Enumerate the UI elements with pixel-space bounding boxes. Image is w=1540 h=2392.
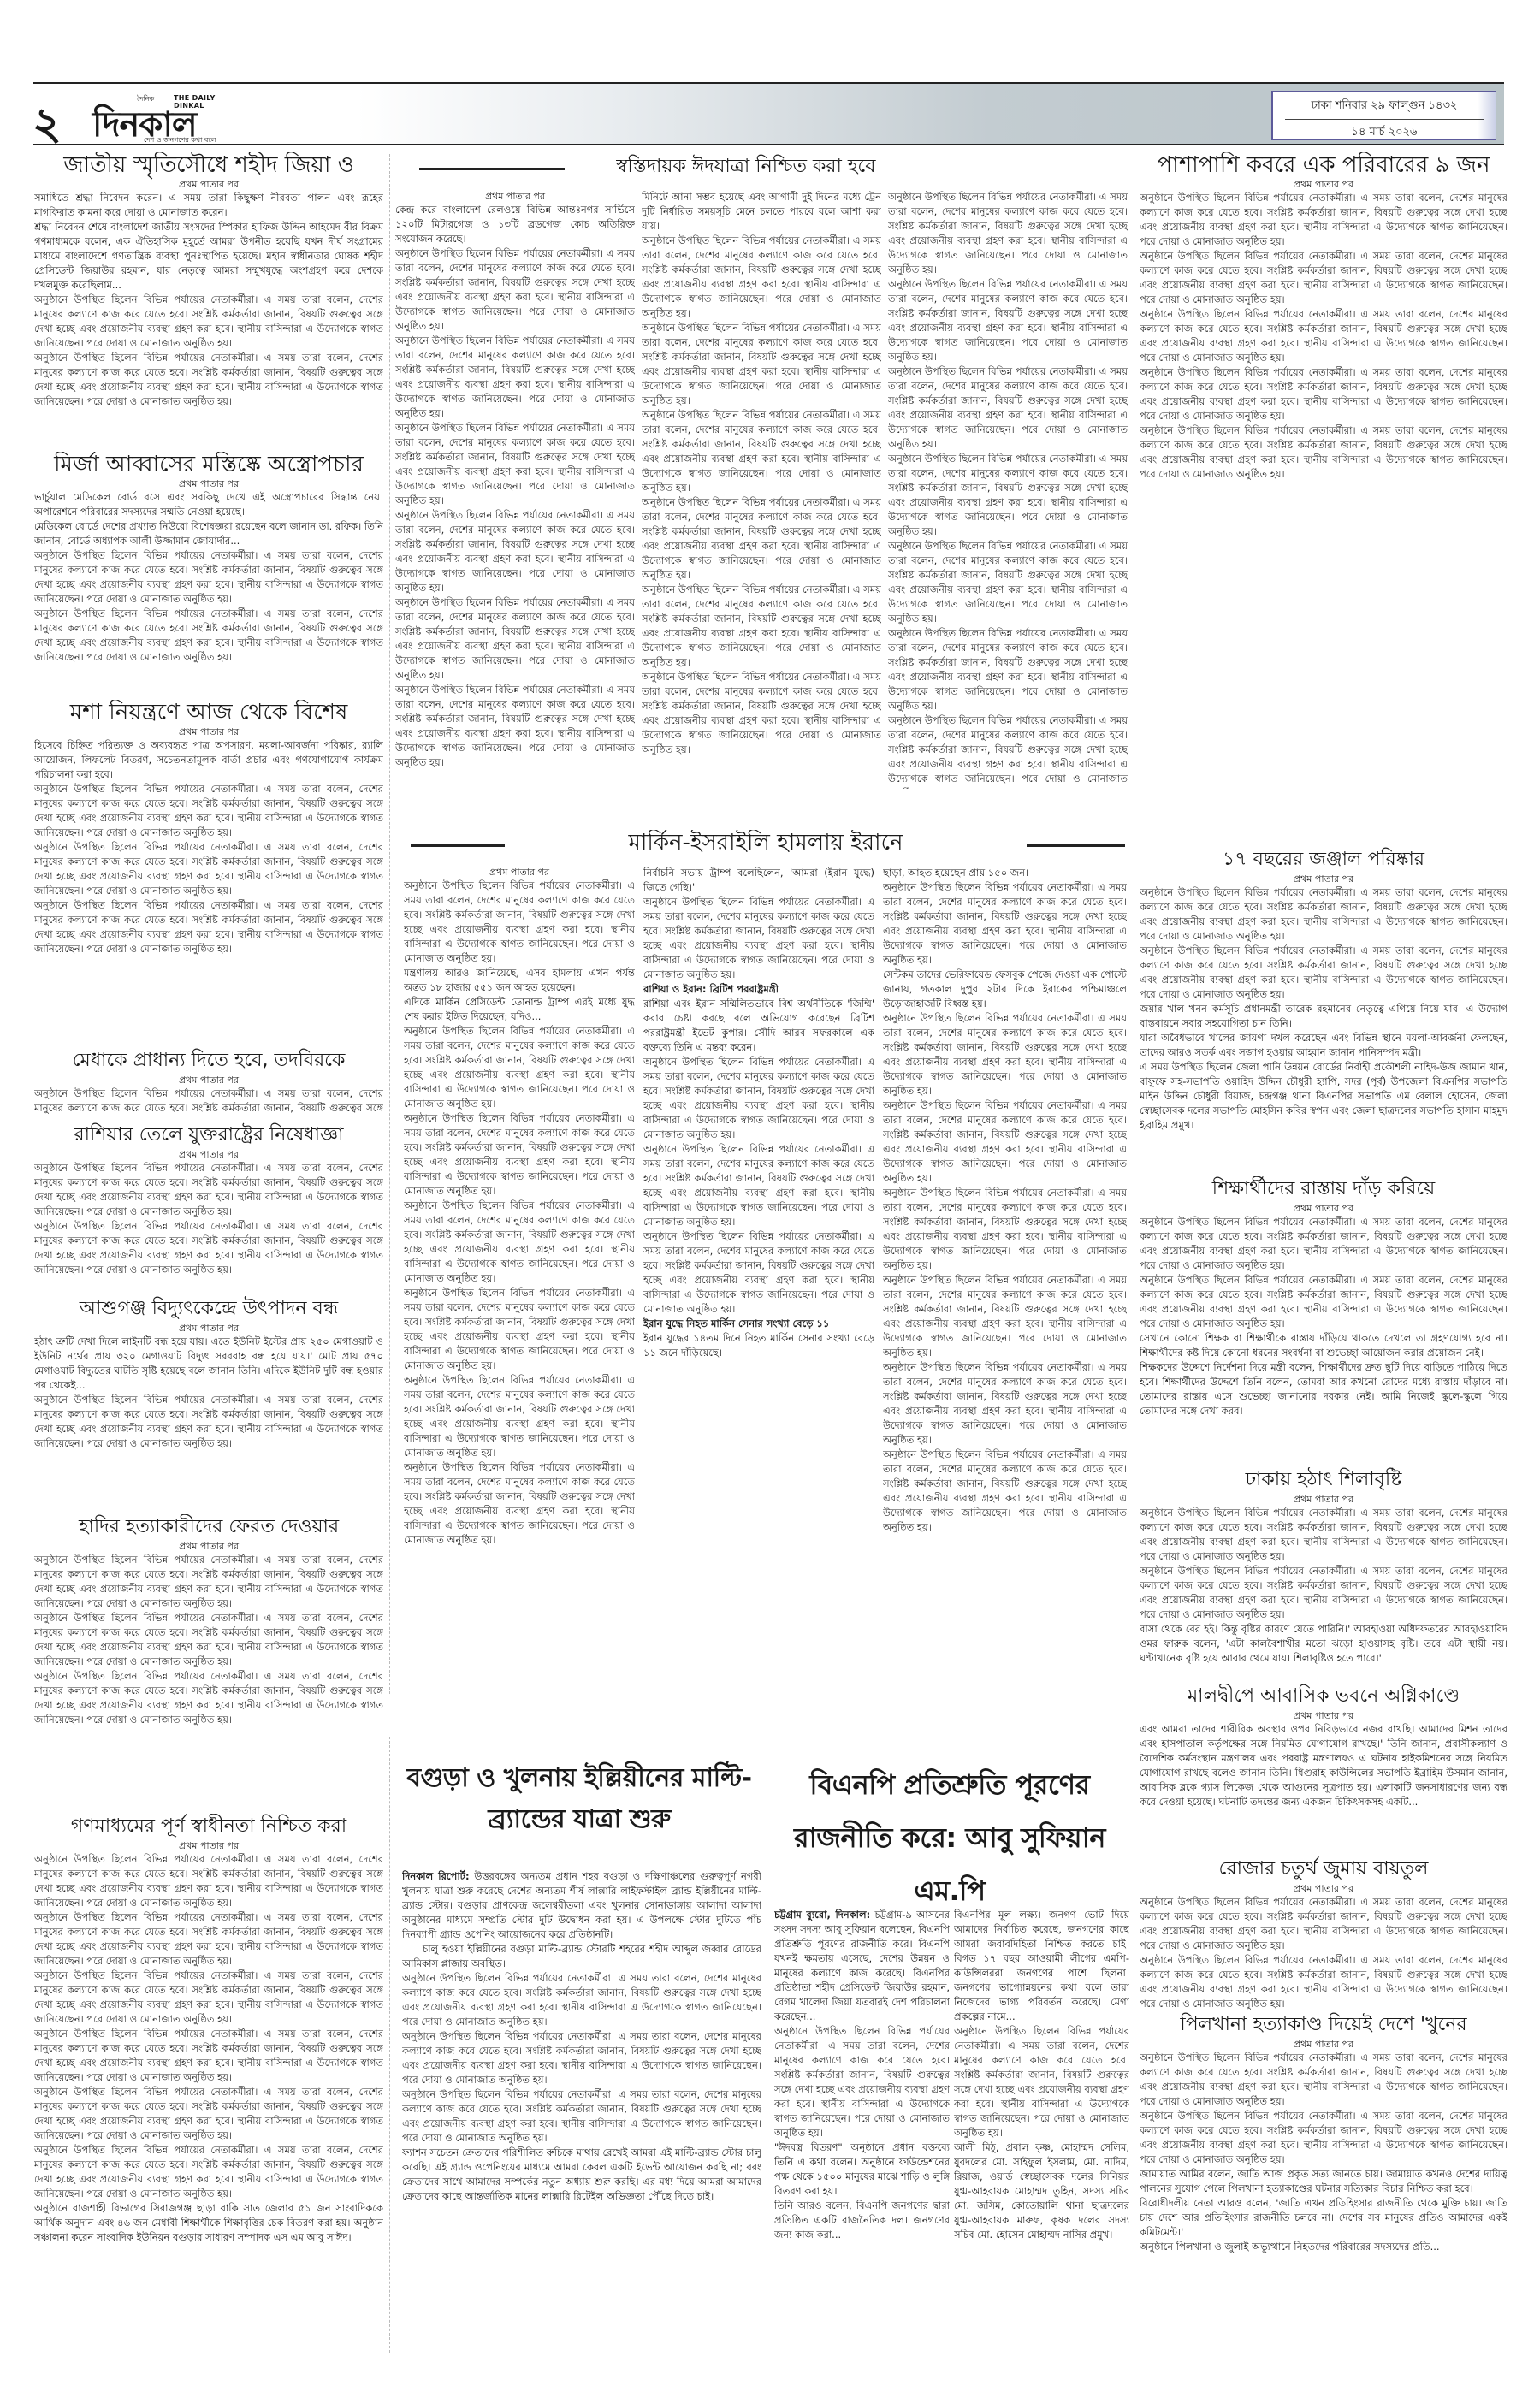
- headline: পাশাপাশি কবরে এক পরিবারের ৯ জন: [1140, 152, 1507, 178]
- article-paragraph: অনুষ্ঠানে উপস্থিত ছিলেন বিভিন্ন পর্যায়ে…: [404, 1460, 635, 1548]
- article-paragraph: অনুষ্ঠানে পিলখানা ও জুলাই অভ্যুত্থানে নি…: [1140, 2240, 1507, 2254]
- article-paragraph: হঠাৎ ত্রুটি দেখা দিলে লাইনটি বন্ধ হয়ে য…: [34, 1335, 383, 1393]
- logo-tagline: দেশ ও জনগণের কথা বলে: [144, 135, 216, 146]
- article-paragraph: অনুষ্ঠানে উপস্থিত ছিলেন বিভিন্ন পর্যায়ে…: [34, 1219, 383, 1277]
- article-paragraph: অনুষ্ঠানে উপস্থিত ছিলেন বিভিন্ন পর্যায়ে…: [404, 1373, 635, 1460]
- headline: জাতীয় স্মৃতিসৌধে শহীদ জিয়া ও: [34, 152, 383, 178]
- article-paragraph: তিনি আরও বলেন, বিএনপি জনগণের দ্বারা প্রত…: [774, 2199, 950, 2242]
- article-paragraph: অনুষ্ঠানে উপস্থিত ছিলেন বিভিন্ন পর্যায়ে…: [883, 1360, 1127, 1448]
- article-paragraph: অনুষ্ঠানে উপস্থিত ছিলেন বিভিন্ন পর্যায়ে…: [883, 1011, 1127, 1098]
- headline: হাদির হত্যাকারীদের ফেরত দেওয়ার: [34, 1514, 383, 1540]
- article-paragraph: অনুষ্ঠানে উপস্থিত ছিলেন বিভিন্ন পর্যায়ে…: [1140, 885, 1507, 944]
- article-paragraph: অনুষ্ঠানে উপস্থিত ছিলেন বিভিন্ন পর্যায়ে…: [774, 2024, 950, 2140]
- continued-label: প্রথম পাতার পর: [34, 178, 383, 191]
- article-paragraph: অনুষ্ঠানে উপস্থিত ছিলেন বিভিন্ন পর্যায়ে…: [643, 895, 874, 982]
- article-paragraph: অনুষ্ঠানে উপস্থিত ছিলেন বিভিন্ন পর্যায়ে…: [888, 364, 1128, 452]
- article-iran-col3: ছাড়া, আহত হয়েছেন প্রায় ১৫০ জন। অনুষ্ঠ…: [883, 866, 1127, 1726]
- subheadline: ইরান যুদ্ধে নিহত মার্কিন সেনার সংখ্যা বে…: [643, 1317, 874, 1331]
- article-paragraph: অনুষ্ঠানে উপস্থিত ছিলেন বিভিন্ন পর্যায়ে…: [643, 1229, 874, 1317]
- continued-label: প্রথম পাতার পর: [34, 477, 383, 490]
- article-paragraph: অনুষ্ঠানে উপস্থিত ছিলেন বিভিন্ন পর্যায়ে…: [395, 508, 635, 595]
- article-mirza: মির্জা আব্বাসের মস্তিষ্কে অস্ত্রোপচার প্…: [34, 452, 383, 725]
- article-paragraph: অনুষ্ঠানে উপস্থিত ছিলেন বিভিন্ন পর্যায়ে…: [395, 595, 635, 683]
- article-paragraph: এদিকে মার্কিন প্রেসিডেন্ট ডোনাল্ড ট্রাম্…: [404, 995, 635, 1024]
- article-bnp-col2: বিএনপির মূল লক্ষ্য। জনগণ ভোট দিয়ে আমাদে…: [954, 1908, 1129, 2357]
- article-paragraph: অনুষ্ঠানে উপস্থিত ছিলেন বিভিন্ন পর্যায়ে…: [34, 1086, 383, 1116]
- byline: দিনকাল রিপোর্ট:: [402, 1870, 470, 1882]
- column-divider: [389, 1737, 390, 2353]
- eid-travel-headline-wrap: স্বস্তিদায়ক ঈদযাত্রা নিশ্চিত করা হবে: [616, 154, 1095, 181]
- article-pilkhana: পিলখানা হত্যাকাণ্ড দিয়েই দেশে 'খুনের প্…: [1140, 2012, 1507, 2354]
- article-hail: ঢাকায় হঠাৎ শিলাবৃষ্টি প্রথম পাতার পর অন…: [1140, 1467, 1507, 1694]
- article-paragraph: অনুষ্ঠানে উপস্থিত ছিলেন বিভিন্ন পর্যায়ে…: [883, 880, 1127, 968]
- article-paragraph: বিরোধীদলীয় নেতা আরও বলেন, 'জাতি এখন প্র…: [1140, 2196, 1507, 2240]
- article-paragraph: সেখানে কোনো শিক্ষক বা শিক্ষার্থীকে রাস্ত…: [1140, 1331, 1507, 1360]
- article-paragraph: নির্বাচনি সভায় ট্রাম্প বলেছিলেন, 'আমরা …: [643, 866, 874, 895]
- subheadline: রাশিয়া ও ইরান: ব্রিটিশ পররাষ্ট্রমন্ত্রী: [643, 982, 874, 997]
- article-paragraph: অনুষ্ঠানে উপস্থিত ছিলেন বিভিন্ন পর্যায়ে…: [34, 293, 383, 351]
- article-paragraph: অনুষ্ঠানে উপস্থিত ছিলেন বিভিন্ন পর্যায়ে…: [883, 1186, 1127, 1273]
- article-paragraph: অনুষ্ঠানে উপস্থিত ছিলেন বিভিন্ন পর্যায়ে…: [1140, 365, 1507, 423]
- headline: মার্কিন-ইসরাইলি হামলায় ইরানে: [513, 830, 1018, 856]
- article-paragraph: অনুষ্ঠানে উপস্থিত ছিলেন বিভিন্ন পর্যায়ে…: [1140, 1215, 1507, 1273]
- article-paragraph: মন্ত্রণালয় আরও জানিয়েছে, এসব হামলায় এ…: [404, 966, 635, 995]
- article-paragraph: ইরান যুদ্ধের ১৪তম দিনে নিহত মার্কিন সেনা…: [643, 1331, 874, 1360]
- iran-headline-wrap: মার্কিন-ইসরাইলি হামলায় ইরানে: [513, 830, 1018, 859]
- article-paragraph: ফ্যাশন সচেতন ক্রেতাদের পরিশীলিত রুচিকে ম…: [402, 2146, 761, 2204]
- headline: ১৭ বছরের জঞ্জাল পরিষ্কার: [1140, 847, 1507, 873]
- article-paragraph: অনুষ্ঠানে উপস্থিত ছিলেন বিভিন্ন পর্যায়ে…: [34, 1611, 383, 1669]
- article-paragraph: অনুষ্ঠানে উপস্থিত ছিলেন বিভিন্ন পর্যায়ে…: [1140, 944, 1507, 1002]
- article-paragraph: এবং আমরা তাদের শারীরিক অবস্থার ওপর নিবিড…: [1140, 1722, 1507, 1809]
- article-paragraph: অনুষ্ঠানে উপস্থিত ছিলেন বিভিন্ন পর্যায়ে…: [404, 1111, 635, 1199]
- article-paragraph: অনুষ্ঠানে উপস্থিত ছিলেন বিভিন্ন পর্যায়ে…: [642, 495, 881, 583]
- continued-label: প্রথম পাতার পর: [1140, 873, 1507, 885]
- article-eid-travel-col2: মিনিটে আনা সম্ভব হয়েছে এবং আগামী দুই দি…: [642, 190, 881, 789]
- article-paragraph: অনুষ্ঠানে উপস্থিত ছিলেন বিভিন্ন পর্যায়ে…: [883, 1448, 1127, 1535]
- article-media-freedom: গণমাধ্যমের পূর্ণ স্বাধীনতা নিশ্চিত করা প…: [34, 1814, 383, 2353]
- article-paragraph: মিনিটে আনা সম্ভব হয়েছে এবং আগামী দুই দি…: [642, 190, 881, 234]
- headline: স্বস্তিদায়ক ঈদযাত্রা নিশ্চিত করা হবে: [616, 154, 1095, 180]
- article-eid-travel-col1: প্রথম পাতার পর কেন্দ্র করে বাংলাদেশ রেলও…: [395, 190, 635, 789]
- article-paragraph: অনুষ্ঠানে উপস্থিত ছিলেন বিভিন্ন পর্যায়ে…: [888, 190, 1128, 277]
- article-paragraph: কেন্দ্র করে বাংলাদেশ রেলওয়ে বিভিন্ন আন্…: [395, 203, 635, 246]
- article-paragraph: অনুষ্ঠানে উপস্থিত ছিলেন বিভিন্ন পর্যায়ে…: [34, 1553, 383, 1611]
- article-paragraph: অনুষ্ঠানে উপস্থিত ছিলেন বিভিন্ন পর্যায়ে…: [34, 2143, 383, 2201]
- article-paragraph: চট্টগ্রাম-৯ আসনের সংসদ সদস্য আবু সুফিয়া…: [774, 1909, 950, 2022]
- article-paragraph: অনুষ্ঠানে উপস্থিত ছিলেন বিভিন্ন পর্যায়ে…: [34, 1910, 383, 1969]
- article-paragraph: অনুষ্ঠানে উপস্থিত ছিলেন বিভিন্ন পর্যায়ে…: [1140, 307, 1507, 365]
- column-divider: [1134, 154, 1134, 2344]
- article-eid-travel-col3: অনুষ্ঠানে উপস্থিত ছিলেন বিভিন্ন পর্যায়ে…: [888, 190, 1128, 789]
- continued-label: প্রথম পাতার পর: [404, 866, 635, 879]
- article-paragraph: অনুষ্ঠানে উপস্থিত ছিলেন বিভিন্ন পর্যায়ে…: [395, 683, 635, 770]
- article-paragraph: অনুষ্ঠানে উপস্থিত ছিলেন বিভিন্ন পর্যায়ে…: [1140, 1506, 1507, 1564]
- continued-label: প্রথম পাতার পর: [34, 1540, 383, 1553]
- article-paragraph: "ঈদবস্ত্র বিতরণ" অনুষ্ঠানে প্রধান বক্তব্…: [774, 2140, 950, 2199]
- article-paragraph: অনুষ্ঠানে উপস্থিত ছিলেন বিভিন্ন পর্যায়ে…: [1140, 249, 1507, 307]
- newspaper-logo: দৈনিক THE DAILY DINKAL দিনকাল দেশ ও জনগণ…: [92, 86, 229, 145]
- headline-rule: [1027, 844, 1125, 847]
- article-paragraph: শিক্ষকদের উদ্দেশে নির্দেশনা দিয়ে মন্ত্র…: [1140, 1360, 1507, 1418]
- headline: রাশিয়ার তেলে যুক্তরাষ্ট্রের নিষেধাজ্ঞা: [34, 1122, 383, 1148]
- headline-rule: [411, 844, 505, 847]
- article-paragraph: অনুষ্ঠানে উপস্থিত ছিলেন বিভিন্ন পর্যায়ে…: [395, 421, 635, 508]
- headline: ঢাকায় হঠাৎ শিলাবৃষ্টি: [1140, 1467, 1507, 1493]
- article-paragraph: জামায়াত আমির বলেন, জাতি আজ প্রকৃত সত্য …: [1140, 2167, 1507, 2196]
- date-bangla: ঢাকা শনিবার ২৯ ফাল্গুন ১৪৩২: [1285, 92, 1484, 120]
- article-paragraph: ছাড়া, আহত হয়েছেন প্রায় ১৫০ জন।: [883, 866, 1127, 880]
- article-paragraph: অনুষ্ঠানে উপস্থিত ছিলেন বিভিন্ন পর্যায়ে…: [34, 898, 383, 956]
- headline: মির্জা আব্বাসের মস্তিষ্কে অস্ত্রোপচার: [34, 452, 383, 477]
- article-paragraph: অনুষ্ঠানে উপস্থিত ছিলেন বিভিন্ন পর্যায়ে…: [34, 1393, 383, 1451]
- article-paragraph: অনুষ্ঠানে উপস্থিত ছিলেন বিভিন্ন পর্যায়ে…: [888, 539, 1128, 626]
- article-paragraph: এ সময় উপস্থিত ছিলেন জেলা পানি উন্নয়ন ব…: [1140, 1060, 1507, 1133]
- article-paragraph: অনুষ্ঠানে উপস্থিত ছিলেন বিভিন্ন পর্যায়ে…: [404, 1286, 635, 1373]
- article-paragraph: অনুষ্ঠানে উপস্থিত ছিলেন বিভিন্ন পর্যায়ে…: [395, 246, 635, 334]
- headline: আশুগঞ্জ বিদ্যুৎকেন্দ্রে উৎপাদন বন্ধ: [34, 1296, 383, 1322]
- continued-label: প্রথম পাতার পর: [1140, 1493, 1507, 1506]
- article-paragraph: অনুষ্ঠানে উপস্থিত ছিলেন বিভিন্ন পর্যায়ে…: [888, 626, 1128, 713]
- continued-label: প্রথম পাতার পর: [1140, 1882, 1507, 1895]
- article-paragraph: অনুষ্ঠানে উপস্থিত ছিলেন বিভিন্ন পর্যায়ে…: [34, 2027, 383, 2085]
- article-paragraph: অনুষ্ঠানে উপস্থিত ছিলেন বিভিন্ন পর্যায়ে…: [642, 583, 881, 670]
- headline-rule: [419, 168, 565, 170]
- article-paragraph: অনুষ্ঠানে উপস্থিত ছিলেন বিভিন্ন পর্যায়ে…: [402, 2087, 761, 2146]
- article-paragraph: চালু হওয়া ইল্লিয়ীনের বগুড়া মাল্টি-ব্র…: [402, 1942, 761, 1971]
- continued-label: প্রথম পাতার পর: [34, 1148, 383, 1161]
- article-paragraph: অনুষ্ঠানে উপস্থিত ছিলেন বিভিন্ন পর্যায়ে…: [1140, 1895, 1507, 1953]
- article-mosquito: মশা নিয়ন্ত্রণে আজ থেকে বিশেষ প্রথম পাতা…: [34, 700, 383, 1042]
- masthead: ২ দৈনিক THE DAILY DINKAL দিনকাল দেশ ও জন…: [33, 82, 1504, 145]
- byline: চট্টগ্রাম ব্যুরো, দিনকাল:: [774, 1909, 870, 1921]
- article-paragraph: অনুষ্ঠানে উপস্থিত ছিলেন বিভিন্ন পর্যায়ে…: [34, 782, 383, 840]
- date-english: ১৪ মার্চ ২০২৬: [1273, 120, 1496, 142]
- article-paragraph: অনুষ্ঠানে রাজশাহী বিভাগের সিরাজগঞ্জ ছাড়…: [34, 2201, 383, 2245]
- headline: শিক্ষার্থীদের রাস্তায় দাঁড় করিয়ে: [1140, 1176, 1507, 1202]
- article-paragraph: রাশিয়া এবং ইরান সম্মিলিতভাবে বিশ্ব অর্থ…: [643, 997, 874, 1055]
- article-paragraph: অনুষ্ঠানে উপস্থিত ছিলেন বিভিন্ন পর্যায়ে…: [883, 1273, 1127, 1360]
- continued-label: প্রথম পাতার পর: [1140, 1202, 1507, 1215]
- article-paragraph: অনুষ্ঠানে উপস্থিত ছিলেন বিভিন্ন পর্যায়ে…: [1140, 1953, 1507, 2010]
- article-paragraph: অনুষ্ঠানে উপস্থিত ছিলেন বিভিন্ন পর্যায়ে…: [642, 234, 881, 321]
- article-paragraph: অনুষ্ঠানে উপস্থিত ছিলেন বিভিন্ন পর্যায়ে…: [1140, 2051, 1507, 2109]
- article-paragraph: অনুষ্ঠানে উপস্থিত ছিলেন বিভিন্ন পর্যায়ে…: [954, 2024, 1129, 2140]
- headline: রোজার চতুর্থ জুমায় বায়তুল: [1140, 1856, 1507, 1882]
- article-paragraph: অনুষ্ঠানে উপস্থিত ছিলেন বিভিন্ন পর্যায়ে…: [1140, 191, 1507, 249]
- article-hadi: হাদির হত্যাকারীদের ফেরত দেওয়ার প্রথম পা…: [34, 1514, 383, 1814]
- article-paragraph: জয়ার খাল খনন কর্মসূচি প্রধানমন্ত্রী তার…: [1140, 1002, 1507, 1031]
- continued-label: প্রথম পাতার পর: [1140, 2038, 1507, 2051]
- article-maldives: মালদ্বীপে আবাসিক ভবনে অগ্নিকাণ্ডে প্রথম …: [1140, 1684, 1507, 1846]
- article-paragraph: অনুষ্ঠানে উপস্থিত ছিলেন বিভিন্ন পর্যায়ে…: [888, 277, 1128, 364]
- headline: পিলখানা হত্যাকাণ্ড দিয়েই দেশে 'খুনের: [1140, 2012, 1507, 2038]
- article-paragraph: মেডিকেল বোর্ডে দেশের প্রখ্যাত নিউরো বিশে…: [34, 519, 383, 548]
- article-paragraph: সমাধিতে শ্রদ্ধা নিবেদন করেন। এ সময় তারা…: [34, 191, 383, 220]
- article-paragraph: অনুষ্ঠানে উপস্থিত ছিলেন বিভিন্ন পর্যায়ে…: [1140, 1273, 1507, 1331]
- date-box: ঢাকা শনিবার ২৯ ফাল্গুন ১৪৩২ ১৪ মার্চ ২০২…: [1271, 91, 1496, 140]
- article-paragraph: অনুষ্ঠানে উপস্থিত ছিলেন বিভিন্ন পর্যায়ে…: [888, 452, 1128, 539]
- article-iran-col2: নির্বাচনি সভায় ট্রাম্প বলেছিলেন, 'আমরা …: [643, 866, 874, 1726]
- article-paragraph: অনুষ্ঠানে উপস্থিত ছিলেন বিভিন্ন পর্যায়ে…: [643, 1055, 874, 1142]
- article-paragraph: অনুষ্ঠানে উপস্থিত ছিলেন বিভিন্ন পর্যায়ে…: [34, 2085, 383, 2143]
- article-paragraph: যারা অবৈধভাবে খালের জায়গা দখল করেছেন এব…: [1140, 1031, 1507, 1060]
- continued-label: প্রথম পাতার পর: [34, 1839, 383, 1852]
- article-zia: জাতীয় স্মৃতিসৌধে শহীদ জিয়া ও প্রথম পাত…: [34, 152, 383, 452]
- article-jumma: রোজার চতুর্থ জুমায় বায়তুল প্রথম পাতার …: [1140, 1856, 1507, 2010]
- article-paragraph: অনুষ্ঠানে উপস্থিত ছিলেন বিভিন্ন পর্যায়ে…: [34, 1852, 383, 1910]
- article-paragraph: অনুষ্ঠানে উপস্থিত ছিলেন বিভিন্ন পর্যায়ে…: [888, 713, 1128, 789]
- article-paragraph: অনুষ্ঠানে উপস্থিত ছিলেন বিভিন্ন পর্যায়ে…: [404, 1199, 635, 1286]
- article-paragraph: অনুষ্ঠানে উপস্থিত ছিলেন বিভিন্ন পর্যায়ে…: [1140, 1564, 1507, 1622]
- continued-label: প্রথম পাতার পর: [1140, 178, 1507, 191]
- headline: মেধাকে প্রাধান্য দিতে হবে, তদবিরকে: [34, 1048, 383, 1074]
- continued-label: প্রথম পাতার পর: [395, 190, 635, 203]
- column-divider: [389, 154, 390, 1694]
- bnp-headline: বিএনপি প্রতিশ্রুতি পূরণের রাজনীতি করে: আ…: [770, 1758, 1129, 1886]
- article-paragraph: অনুষ্ঠানে উপস্থিত ছিলেন বিভিন্ন পর্যায়ে…: [642, 670, 881, 757]
- article-paragraph: অনুষ্ঠানে উপস্থিত ছিলেন বিভিন্ন পর্যায়ে…: [642, 321, 881, 408]
- article-paragraph: অনুষ্ঠানে উপস্থিত ছিলেন বিভিন্ন পর্যায়ে…: [402, 2029, 761, 2087]
- headline: মশা নিয়ন্ত্রণে আজ থেকে বিশেষ: [34, 700, 383, 725]
- article-paragraph: অনুষ্ঠানে উপস্থিত ছিলেন বিভিন্ন পর্যায়ে…: [643, 1142, 874, 1229]
- headline: মালদ্বীপে আবাসিক ভবনে অগ্নিকাণ্ডে: [1140, 1684, 1507, 1709]
- article-ellyne: দিনকাল রিপোর্ট: উত্তরবঙ্গের অন্যতম প্রধা…: [402, 1869, 761, 2357]
- headline: গণমাধ্যমের পূর্ণ স্বাধীনতা নিশ্চিত করা: [34, 1814, 383, 1839]
- article-paragraph: অনুষ্ঠানে উপস্থিত ছিলেন বিভিন্ন পর্যায়ে…: [883, 1098, 1127, 1186]
- article-students: শিক্ষার্থীদের রাস্তায় দাঁড় করিয়ে প্রথ…: [1140, 1176, 1507, 1463]
- article-paragraph: অনুষ্ঠানে উপস্থিত ছিলেন বিভিন্ন পর্যায়ে…: [34, 351, 383, 409]
- article-paragraph: ভার্চুয়াল মেডিকেল বোর্ড বসে এবং সবকিছু …: [34, 490, 383, 519]
- article-paragraph: অনুষ্ঠানে উপস্থিত ছিলেন বিভিন্ন পর্যায়ে…: [642, 408, 881, 495]
- article-paragraph: অনুষ্ঠানে উপস্থিত ছিলেন বিভিন্ন পর্যায়ে…: [34, 607, 383, 665]
- article-iran-col1: প্রথম পাতার পর অনুষ্ঠানে উপস্থিত ছিলেন ব…: [404, 866, 635, 1726]
- article-paragraph: অনুষ্ঠানে উপস্থিত ছিলেন বিভিন্ন পর্যায়ে…: [402, 1971, 761, 2029]
- article-paragraph: অনুষ্ঠানে উপস্থিত ছিলেন বিভিন্ন পর্যায়ে…: [34, 840, 383, 898]
- article-paragraph: অনুষ্ঠানে উপস্থিত ছিলেন বিভিন্ন পর্যায়ে…: [1140, 423, 1507, 482]
- continued-label: প্রথম পাতার পর: [34, 1074, 383, 1086]
- article-paragraph: সেন্টকম তাদের ভেরিফায়েড ফেসবুক পেজে দেও…: [883, 968, 1127, 1011]
- article-paragraph: আলী মিঠু, প্রবাল কৃষ্ণ, মোহাম্মদ সেলিম, …: [954, 2140, 1129, 2242]
- article-bnp-col1: চট্টগ্রাম ব্যুরো, দিনকাল: চট্টগ্রাম-৯ আস…: [774, 1908, 950, 2357]
- article-paragraph: অনুষ্ঠানে উপস্থিত ছিলেন বিভিন্ন পর্যায়ে…: [34, 1969, 383, 2027]
- article-paragraph: অনুষ্ঠানে উপস্থিত ছিলেন বিভিন্ন পর্যায়ে…: [1140, 2109, 1507, 2167]
- article-paragraph: অনুষ্ঠানে উপস্থিত ছিলেন বিভিন্ন পর্যায়ে…: [404, 1024, 635, 1111]
- continued-label: প্রথম পাতার পর: [34, 1322, 383, 1335]
- continued-label: প্রথম পাতার পর: [1140, 1709, 1507, 1722]
- article-paragraph: অনুষ্ঠানে উপস্থিত ছিলেন বিভিন্ন পর্যায়ে…: [404, 879, 635, 966]
- article-paragraph: বাসা থেকে বের হই। কিন্তু বৃষ্টির কারণে য…: [1140, 1622, 1507, 1666]
- continued-label: প্রথম পাতার পর: [34, 725, 383, 738]
- article-paragraph: অনুষ্ঠানে উপস্থিত ছিলেন বিভিন্ন পর্যায়ে…: [34, 1161, 383, 1219]
- article-paragraph: বিএনপির মূল লক্ষ্য। জনগণ ভোট দিয়ে আমাদে…: [954, 1908, 1129, 2024]
- article-family-graves: পাশাপাশি কবরে এক পরিবারের ৯ জন প্রথম পাত…: [1140, 152, 1507, 529]
- article-merit: মেধাকে প্রাধান্য দিতে হবে, তদবিরকে প্রথম…: [34, 1048, 383, 1116]
- article-russia-oil: রাশিয়ার তেলে যুক্তরাষ্ট্রের নিষেধাজ্ঞা …: [34, 1122, 383, 1294]
- article-paragraph: হিসেবে চিহ্নিত পরিত্যক্ত ও অব্যবহৃত পাত্…: [34, 738, 383, 782]
- article-paragraph: শ্রদ্ধা নিবেদন শেষে বাংলাদেশ জাতীয় সংসদ…: [34, 220, 383, 293]
- ellyne-headline: বগুড়া ও খুলনায় ইল্লিয়ীনের মাল্টি-ব্র্…: [395, 1758, 763, 1861]
- article-ashuganj: আশুগঞ্জ বিদ্যুৎকেন্দ্রে উৎপাদন বন্ধ প্রথ…: [34, 1296, 383, 1510]
- article-paragraph: অনুষ্ঠানে উপস্থিত ছিলেন বিভিন্ন পর্যায়ে…: [34, 1669, 383, 1727]
- article-canal: ১৭ বছরের জঞ্জাল পরিষ্কার প্রথম পাতার পর …: [1140, 847, 1507, 1172]
- article-paragraph: অনুষ্ঠানে উপস্থিত ছিলেন বিভিন্ন পর্যায়ে…: [34, 548, 383, 607]
- article-paragraph: অনুষ্ঠানে উপস্থিত ছিলেন বিভিন্ন পর্যায়ে…: [395, 334, 635, 421]
